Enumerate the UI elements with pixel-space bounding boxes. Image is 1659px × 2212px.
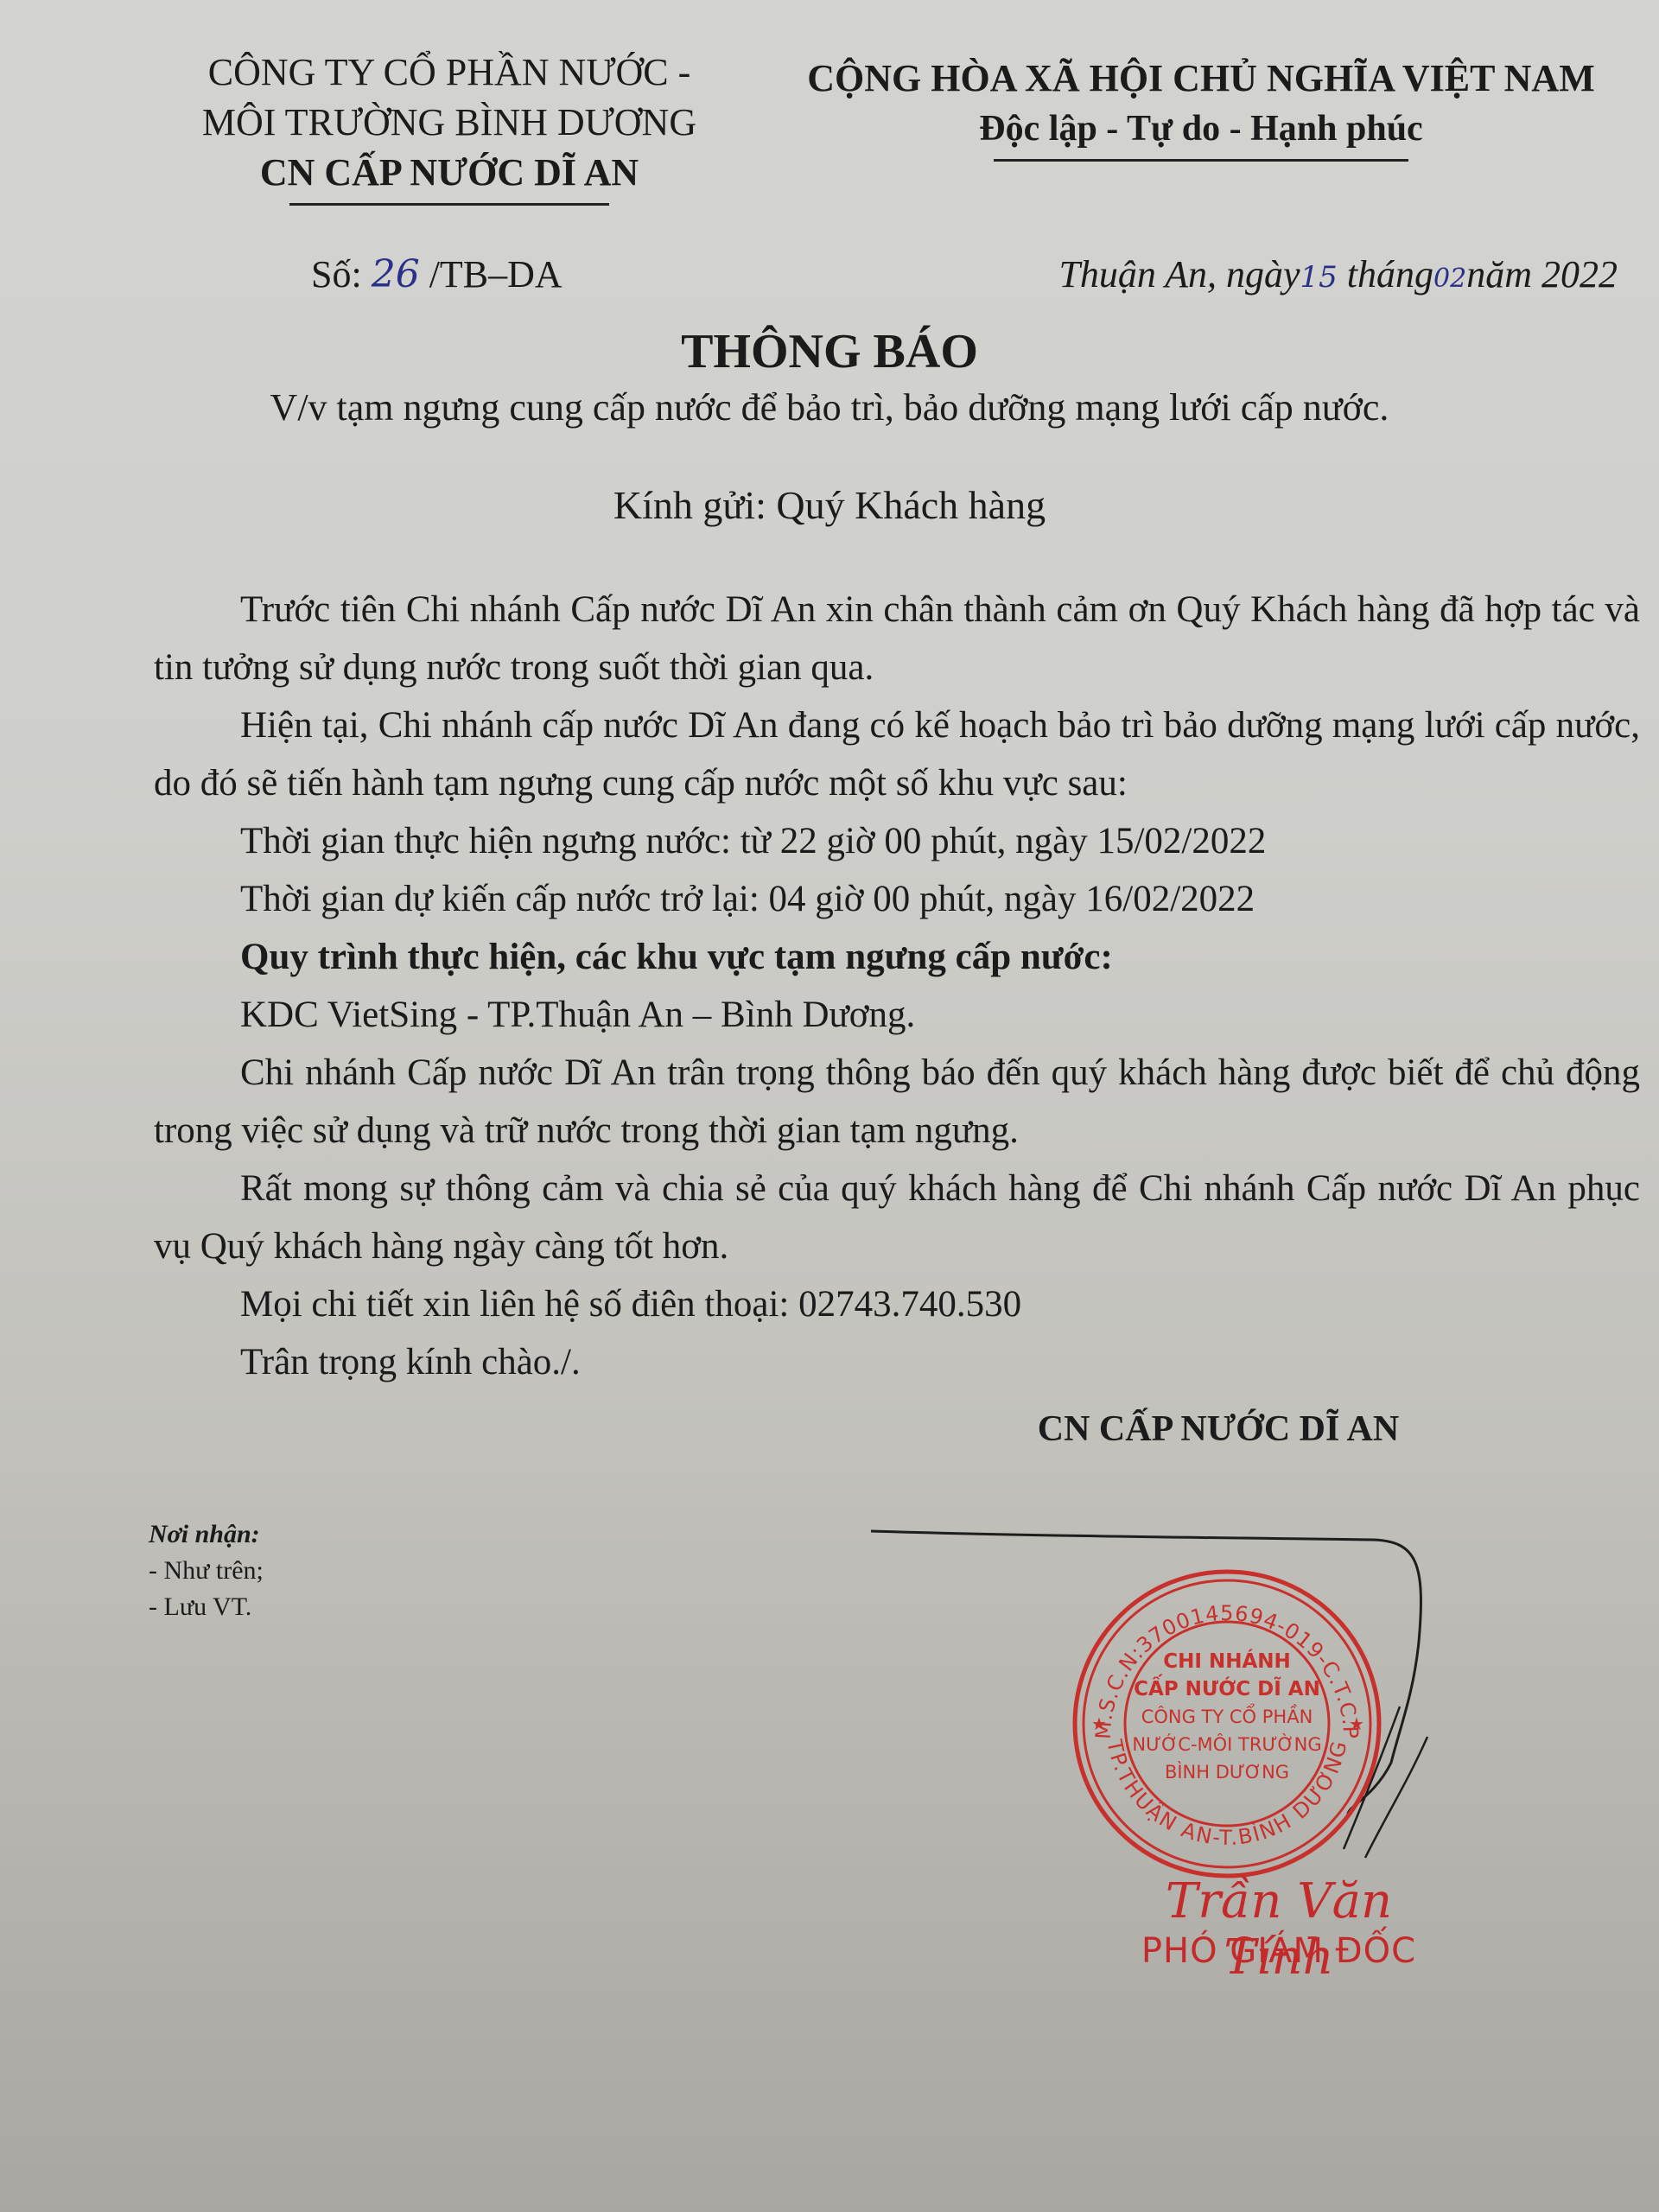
body-paragraph: Rất mong sự thông cảm và chia sẻ của quý… (154, 1160, 1640, 1275)
svg-text:★: ★ (1091, 1713, 1107, 1734)
issuer-parent-line1: CÔNG TY CỔ PHẦN NƯỚC - (156, 48, 743, 98)
doc-number-handwritten: 26 (372, 252, 420, 296)
national-header: CỘNG HÒA XÃ HỘI CHỦ NGHĨA VIỆT NAM Độc l… (769, 54, 1633, 162)
body-paragraph: Trước tiên Chi nhánh Cấp nước Dĩ An xin … (154, 581, 1640, 696)
salutation: Kính gửi: Quý Khách hàng (0, 482, 1659, 528)
national-title: CỘNG HÒA XÃ HỘI CHỦ NGHĨA VIỆT NAM (769, 54, 1633, 104)
recipients-label: Nơi nhận: (149, 1516, 264, 1553)
outage-end-time: Thời gian dự kiến cấp nước trở lại: 04 g… (154, 870, 1640, 928)
issuer-parent-line2: MÔI TRƯỜNG BÌNH DƯƠNG (156, 98, 743, 148)
body-paragraph: Chi nhánh Cấp nước Dĩ An trân trọng thôn… (154, 1044, 1640, 1160)
date-day-handwritten: 15 (1300, 260, 1338, 295)
closing: Trân trọng kính chào./. (154, 1333, 1640, 1391)
issuer-header: CÔNG TY CỔ PHẦN NƯỚC - MÔI TRƯỜNG BÌNH D… (156, 48, 743, 206)
place-date: Thuận An, ngày15 tháng02năm 2022 (1058, 252, 1618, 296)
svg-text:BÌNH DƯƠNG: BÌNH DƯƠNG (1165, 1761, 1289, 1783)
issuer-branch: CN CẤP NƯỚC DĨ AN (156, 148, 743, 198)
outage-start-time: Thời gian thực hiện ngưng nước: từ 22 gi… (154, 812, 1640, 870)
signer-title: PHÓ GIÁM ĐỐC (1106, 1931, 1452, 1971)
recipient-item: - Như trên; (149, 1553, 264, 1589)
contact-phone: Mọi chi tiết xin liên hệ số điên thoại: … (154, 1275, 1640, 1333)
document-body: Trước tiên Chi nhánh Cấp nước Dĩ An xin … (154, 581, 1640, 1391)
recipient-item: - Lưu VT. (149, 1589, 264, 1625)
svg-text:CÔNG TY CỔ PHẦN: CÔNG TY CỔ PHẦN (1141, 1703, 1313, 1727)
document-subject: V/v tạm ngưng cung cấp nước để bảo trì, … (0, 385, 1659, 429)
recipients: Nơi nhận: - Như trên; - Lưu VT. (149, 1516, 264, 1625)
affected-areas-heading: Quy trình thực hiện, các khu vực tạm ngư… (154, 928, 1640, 986)
date-place: Thuận An, ngày (1058, 253, 1300, 296)
signature-org: CN CẤP NƯỚC DĨ AN (1002, 1408, 1434, 1450)
doc-number-prefix: Số: (311, 253, 362, 296)
national-motto: Độc lập - Tự do - Hạnh phúc (769, 104, 1633, 154)
body-paragraph: Hiện tại, Chi nhánh cấp nước Dĩ An đang … (154, 696, 1640, 812)
issuer-underline (289, 203, 609, 206)
svg-text:NƯỚC-MÔI TRƯỜNG: NƯỚC-MÔI TRƯỜNG (1132, 1733, 1321, 1755)
svg-text:CHI NHÁNH: CHI NHÁNH (1163, 1649, 1291, 1673)
date-month-handwritten: 02 (1433, 264, 1466, 294)
svg-text:CẤP NƯỚC DĨ AN: CẤP NƯỚC DĨ AN (1134, 1674, 1320, 1700)
svg-text:★: ★ (1349, 1713, 1364, 1734)
doc-number-suffix: /TB–DA (429, 253, 563, 296)
affected-area: KDC VietSing - TP.Thuận An – Bình Dương. (154, 986, 1640, 1044)
date-year: năm 2022 (1466, 253, 1618, 296)
document-number: Số: 26 /TB–DA (311, 252, 563, 296)
document-title: THÔNG BÁO (0, 324, 1659, 379)
company-seal-stamp: M.S.C.N:3700145694-019-C.T.C.P TP.THUẬN … (1067, 1564, 1387, 1884)
date-month-label: tháng (1347, 253, 1433, 296)
motto-underline (994, 159, 1408, 162)
